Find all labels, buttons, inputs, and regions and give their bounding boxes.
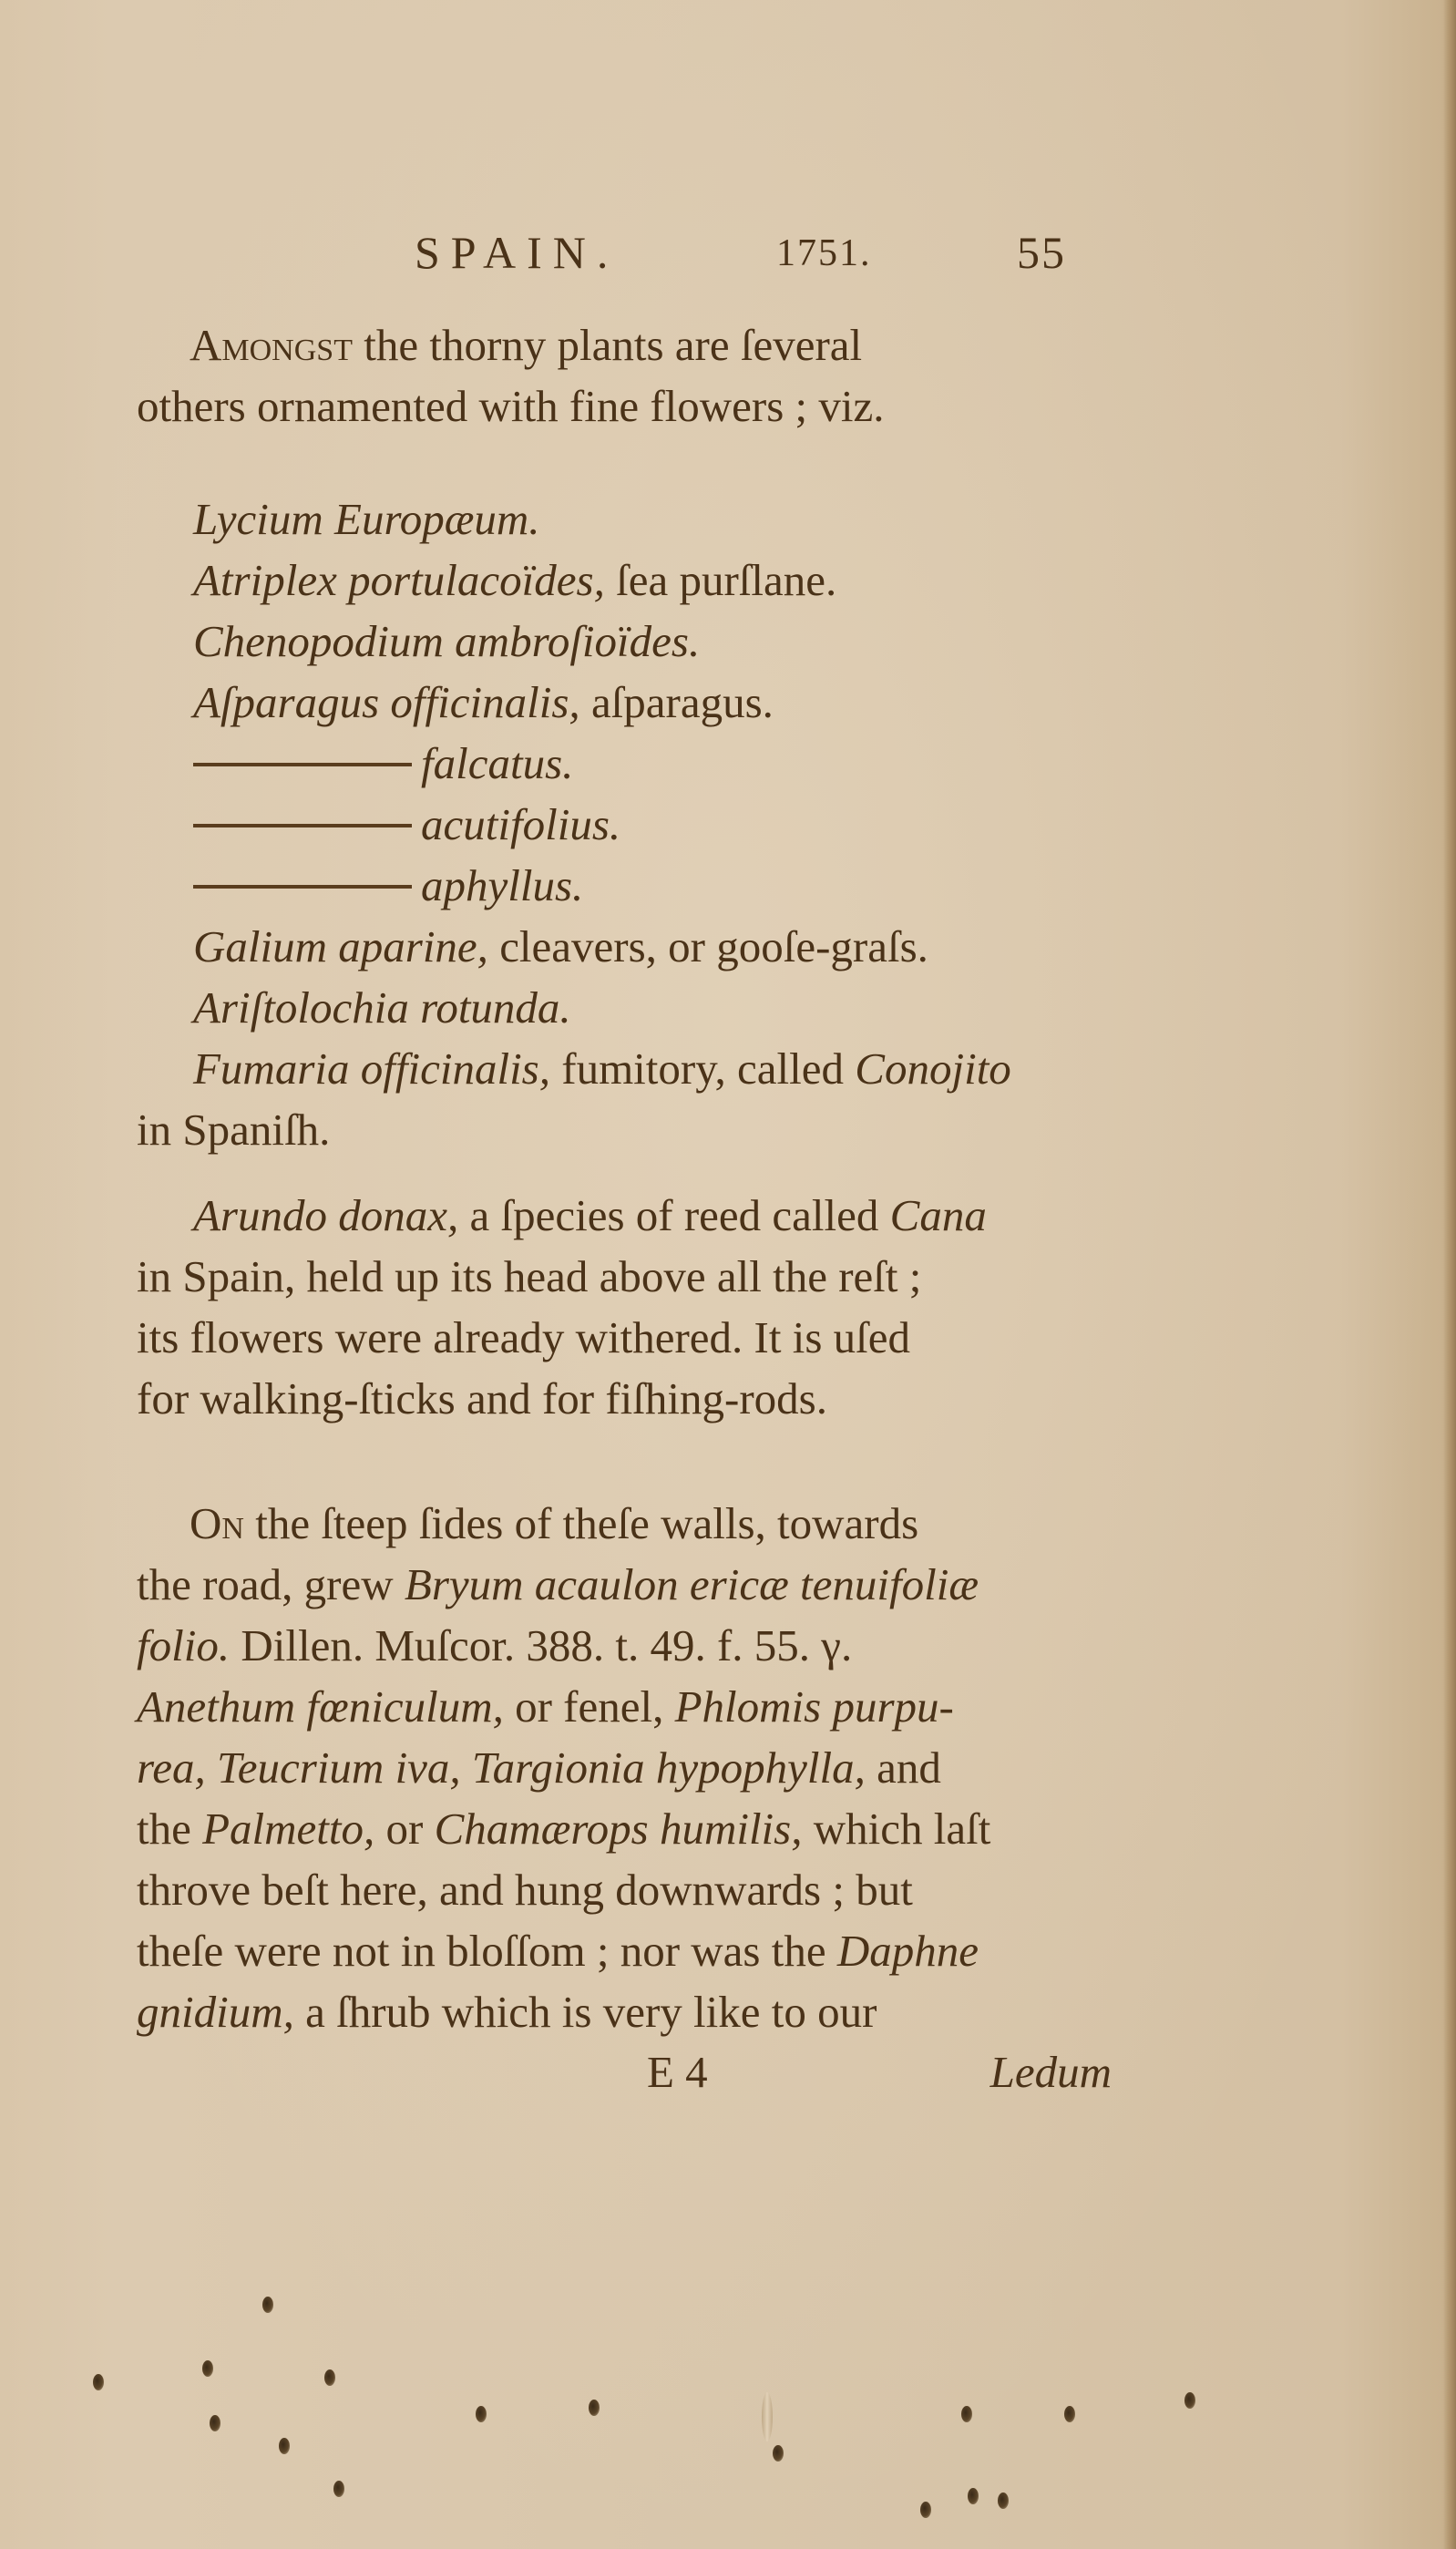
- wormhole: [961, 2406, 972, 2422]
- text-line: rea, Teucrium iva, Targionia hypophylla,…: [137, 1737, 1112, 1798]
- species-name: Galium aparine,: [193, 921, 488, 971]
- text-line: the road, grew Bryum acaulon ericæ tenui…: [137, 1554, 1112, 1615]
- wormhole: [279, 2438, 290, 2454]
- text-span: a ſhrub which is very like to our: [294, 1987, 877, 2037]
- text-span: fumitory, called: [550, 1043, 855, 1094]
- catchword: Ledum: [990, 2046, 1112, 2098]
- text-line: in Spaniſh.: [137, 1099, 1112, 1160]
- list-item: Lycium Europæum.: [137, 488, 1112, 550]
- text-line: theſe were not in bloſſom ; nor was the …: [137, 1920, 1112, 1981]
- wormhole: [333, 2481, 344, 2497]
- signature-mark: E 4: [647, 2046, 708, 2098]
- species-name: aphyllus.: [421, 860, 583, 910]
- species-name: Anethum fœniculum,: [137, 1681, 504, 1732]
- species-name: Aſparagus officinalis,: [193, 677, 580, 727]
- species-name: Atriplex portulacoïdes,: [193, 555, 605, 605]
- text-span: theſe were not in bloſſom ; nor was the: [137, 1926, 837, 1976]
- text-span: and: [866, 1742, 941, 1793]
- page-number: 55: [1017, 226, 1066, 279]
- species-name: Palmetto,: [202, 1804, 374, 1854]
- species-name: rea, Teucrium iva, Targionia hypophylla,: [137, 1742, 866, 1793]
- list-item: aphyllus.: [137, 855, 1112, 916]
- paragraph-walls: On the ſteep ſides of theſe walls, towar…: [137, 1493, 1112, 2042]
- species-name: Daphne: [837, 1926, 979, 1976]
- book-page: SPAIN. 1751. 55 Amongst the thorny plant…: [0, 0, 1456, 2549]
- species-name: Chenopodium ambroſioïdes.: [193, 616, 700, 666]
- wormhole: [324, 2369, 335, 2386]
- text-line: the Palmetto, or Chamærops humilis, whic…: [137, 1798, 1112, 1859]
- ditto-dash: [193, 824, 412, 827]
- list-item: Galium aparine, cleavers, or gooſe-graſs…: [137, 916, 1112, 977]
- species-name: falcatus.: [421, 738, 573, 788]
- species-name: Fumaria officinalis,: [193, 1043, 550, 1094]
- wormhole: [1064, 2406, 1075, 2422]
- small-caps-lead: On: [190, 1498, 244, 1548]
- text-line: Amongst the thorny plants are ſeveral: [137, 314, 1112, 375]
- spanish-name: Cana: [890, 1190, 987, 1240]
- text-span: a ſpecies of reed called: [458, 1190, 889, 1240]
- text-span: which laſt: [803, 1804, 991, 1854]
- species-name: acutifolius.: [421, 799, 620, 849]
- wormhole: [262, 2297, 273, 2313]
- ditto-dash: [193, 763, 412, 766]
- spanish-name: Conojito: [855, 1043, 1011, 1094]
- header-year: 1751.: [776, 231, 872, 275]
- header-title: SPAIN.: [415, 226, 619, 279]
- species-name: Chamærops humilis,: [435, 1804, 803, 1854]
- species-name: folio.: [137, 1620, 230, 1670]
- species-name: Arundo donax,: [193, 1190, 458, 1240]
- wormhole: [1184, 2392, 1195, 2409]
- text-line: On the ſteep ſides of theſe walls, towar…: [137, 1493, 1112, 1554]
- text-line: Arundo donax, a ſpecies of reed called C…: [137, 1185, 1112, 1246]
- text-span: the: [137, 1804, 202, 1854]
- text-line: others ornamented with fine flowers ; vi…: [137, 375, 1112, 437]
- ditto-dash: [193, 885, 412, 889]
- list-item: Atriplex portulacoïdes, ſea purſlane.: [137, 550, 1112, 611]
- list-item: acutifolius.: [137, 794, 1112, 855]
- list-item: Fumaria officinalis, fumitory, called Co…: [137, 1038, 1112, 1099]
- wormhole: [773, 2445, 784, 2462]
- species-name: Ariſtolochia rotunda.: [193, 982, 571, 1033]
- species-name: Phlomis purpu-: [675, 1681, 954, 1732]
- text-span: or fenel,: [504, 1681, 675, 1732]
- list-item: Ariſtolochia rotunda.: [137, 977, 1112, 1038]
- page-edge-shadow: [1443, 0, 1456, 2549]
- paragraph-arundo: Arundo donax, a ſpecies of reed called C…: [137, 1185, 1112, 1429]
- text-line: for walking-ſticks and for fiſhing-rods.: [137, 1368, 1112, 1429]
- species-name: gnidium,: [137, 1987, 294, 2037]
- footer-line: E 4 Ledum: [137, 2046, 1112, 2107]
- wormhole: [920, 2502, 931, 2518]
- text-line: its flowers were already withered. It is…: [137, 1307, 1112, 1368]
- text-span: the thorny plants are ſeveral: [364, 320, 862, 370]
- list-item: Aſparagus officinalis, aſparagus.: [137, 672, 1112, 733]
- species-name: Bryum acaulon ericæ tenuifoliæ: [405, 1559, 979, 1609]
- common-name: ſea purſlane.: [605, 555, 836, 605]
- wormhole: [968, 2488, 979, 2504]
- wormhole: [762, 2392, 773, 2441]
- common-name: cleavers, or gooſe-graſs.: [488, 921, 928, 971]
- wormhole: [589, 2400, 600, 2416]
- list-item: falcatus.: [137, 733, 1112, 794]
- species-name: Lycium Europæum.: [193, 494, 540, 544]
- wormhole: [202, 2360, 213, 2377]
- wormhole: [476, 2406, 487, 2422]
- wormhole: [998, 2492, 1009, 2509]
- paragraph-intro: Amongst the thorny plants are ſeveral ot…: [137, 314, 1112, 437]
- wormhole: [93, 2374, 104, 2390]
- small-caps-lead: Amongst: [190, 320, 353, 370]
- plant-list: Lycium Europæum. Atriplex portulacoïdes,…: [137, 488, 1112, 1160]
- text-span: the ſteep ſides of theſe walls, towards: [255, 1498, 918, 1548]
- text-line: in Spain, held up its head above all the…: [137, 1246, 1112, 1307]
- text-line: throve beſt here, and hung downwards ; b…: [137, 1859, 1112, 1920]
- list-item: Chenopodium ambroſioïdes.: [137, 611, 1112, 672]
- text-span: the road, grew: [137, 1559, 405, 1609]
- text-span: or: [374, 1804, 434, 1854]
- text-line: Anethum fœniculum, or fenel, Phlomis pur…: [137, 1676, 1112, 1737]
- wormhole: [210, 2415, 220, 2431]
- common-name: aſparagus.: [580, 677, 774, 727]
- citation: Dillen. Muſcor. 388. t. 49. f. 55. γ.: [230, 1620, 852, 1670]
- running-header: SPAIN. 1751. 55: [273, 226, 1075, 299]
- text-line: folio. Dillen. Muſcor. 388. t. 49. f. 55…: [137, 1615, 1112, 1676]
- text-line: gnidium, a ſhrub which is very like to o…: [137, 1981, 1112, 2042]
